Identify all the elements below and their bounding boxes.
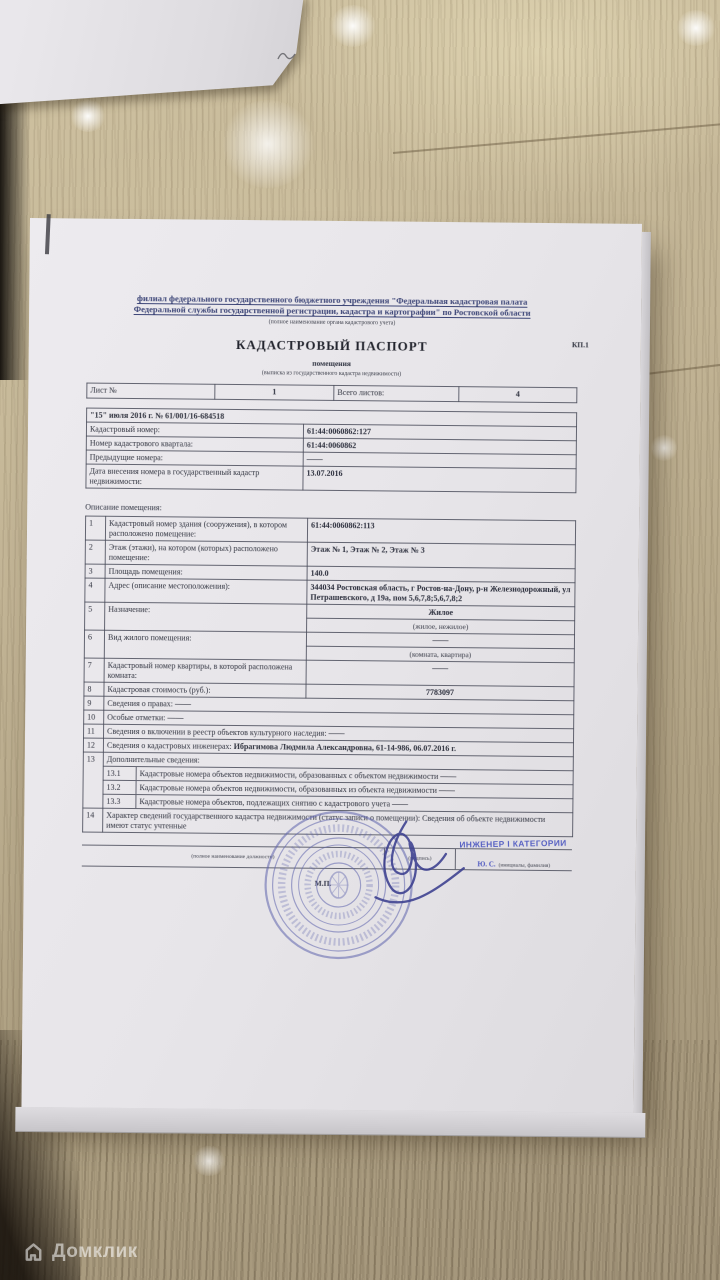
subrow-label: Кадастровые номера объектов недвижимости… [139, 783, 436, 795]
row-num: 10 [84, 710, 104, 724]
subrow-label: Кадастровые номера объектов недвижимости… [140, 769, 439, 781]
photo-scene: филиал федерального государственного бюд… [0, 0, 720, 1280]
row-label: Кадастровый номер квартиры, в которой ра… [104, 658, 306, 684]
subrow-num: 13.3 [103, 795, 136, 808]
row-num: 9 [84, 696, 104, 710]
subrow-value: —— [440, 771, 456, 780]
cadastral-meta-table: "15" июля 2016 г. № 61/001/16-684518 Кад… [85, 408, 577, 494]
row-value: —— [306, 660, 574, 687]
row-label: Назначение: [105, 602, 307, 632]
glare-highlight [222, 100, 314, 188]
signature-caption: (подпись) [408, 856, 431, 862]
glare-highlight [676, 10, 716, 46]
row-label: Сведения о кадастровых инженерах: [107, 740, 232, 750]
name-caption: (инициалы, фамилия) [499, 863, 551, 869]
row-label: Сведения о правах: [107, 698, 173, 708]
description-table: 1 Кадастровый номер здания (сооружения),… [82, 516, 576, 838]
row-num: 13 [83, 752, 104, 808]
meta-value: 13.07.2016 [303, 466, 576, 493]
total-sheets-value: 4 [459, 387, 577, 403]
row-num: 2 [85, 540, 105, 564]
cadastral-passport-document: филиал федерального государственного бюд… [21, 218, 642, 1114]
issuing-org-name: филиал федерального государственного бюд… [87, 293, 577, 320]
sheet-label: Лист № [87, 383, 215, 399]
sheet-value: 1 [215, 384, 334, 400]
row-num: 5 [85, 602, 105, 630]
signature-cell: (подпись) [384, 848, 455, 869]
subrow-num: 13.1 [104, 767, 137, 780]
row-value: —— [175, 699, 191, 708]
position-cell: (полное наименование должности) [82, 846, 384, 869]
signature-area: (полное наименование должности) (подпись… [81, 845, 572, 920]
domclick-watermark: Домклик [22, 1240, 138, 1263]
sheet-number-table: Лист № 1 Всего листов: 4 [86, 383, 577, 404]
total-sheets-label: Всего листов: [334, 385, 459, 401]
row-label: Вид жилого помещения: [104, 630, 306, 660]
subrow-num: 13.2 [103, 781, 136, 794]
glare-highlight [330, 5, 376, 47]
subrow-value: —— [392, 799, 408, 808]
row-label: Кадастровый номер здания (сооружения), в… [105, 516, 307, 542]
title-row: КАДАСТРОВЫЙ ПАСПОРТ КП.1 [87, 335, 577, 358]
loose-paper-surface [0, 0, 304, 108]
row-num: 11 [84, 724, 104, 738]
document-content: филиал федерального государственного бюд… [81, 219, 578, 920]
glare-highlight [650, 435, 678, 461]
mp-seal-label: М.П. [315, 879, 332, 888]
row-num: 7 [84, 658, 104, 682]
row-value: 344034 Ростовская область, г Ростов-на-Д… [307, 580, 575, 607]
row-num: 6 [84, 630, 104, 658]
glare-highlight [192, 1146, 226, 1176]
name-line: Ю. С.(инициалы, фамилия) [477, 860, 550, 869]
row-num: 3 [85, 564, 105, 578]
watermark-label: Домклик [52, 1241, 138, 1263]
row-label: Сведения о включении в реестр объектов к… [107, 726, 327, 737]
stamped-initials: Ю. С. [477, 860, 495, 868]
stamped-engineer-title: ИНЖЕНЕР I КАТЕГОРИИ [450, 838, 576, 850]
row-value: Этаж № 1, Этаж № 2, Этаж № 3 [307, 542, 575, 569]
row-num: 1 [85, 516, 105, 540]
subrow-label: Кадастровые номера объектов, подлежащих … [139, 797, 390, 808]
pen-mark [276, 48, 298, 64]
row-label: Особые отметки: [107, 712, 165, 722]
row-label: Адрес (описание местоположения): [105, 578, 307, 604]
position-caption: (полное наименование должности) [191, 854, 274, 861]
section-title: Описание помещения: [85, 503, 575, 517]
row-num: 4 [85, 578, 105, 602]
loose-paper-sheet [0, 0, 304, 108]
domclick-house-icon [22, 1240, 45, 1263]
name-cell: ИНЖЕНЕР I КАТЕГОРИИ Ю. С.(инициалы, фами… [455, 849, 572, 870]
table-row: 14 Характер сведений государственного ка… [83, 808, 573, 837]
form-code: КП.1 [572, 340, 589, 349]
row-num: 8 [84, 682, 104, 696]
row-value: 61:44:0060862:113 [307, 518, 575, 545]
subrow-value: —— [439, 785, 455, 794]
signature-row: (полное наименование должности) (подпись… [82, 845, 572, 872]
row-text: Характер сведений государственного кадас… [103, 808, 573, 837]
row-value: —— [328, 728, 344, 737]
row-value: Ибрагимова Людмила Александровна, 61-14-… [234, 741, 456, 752]
document-title: КАДАСТРОВЫЙ ПАСПОРТ [236, 337, 428, 354]
row-value: —— [167, 713, 183, 722]
row-num: 14 [83, 808, 103, 832]
row-label: Этаж (этажи), на котором (которых) распо… [105, 540, 307, 566]
row-num: 12 [83, 738, 103, 752]
binder-mark [45, 214, 51, 254]
meta-label: Дата внесения номера в государственный к… [86, 464, 303, 490]
